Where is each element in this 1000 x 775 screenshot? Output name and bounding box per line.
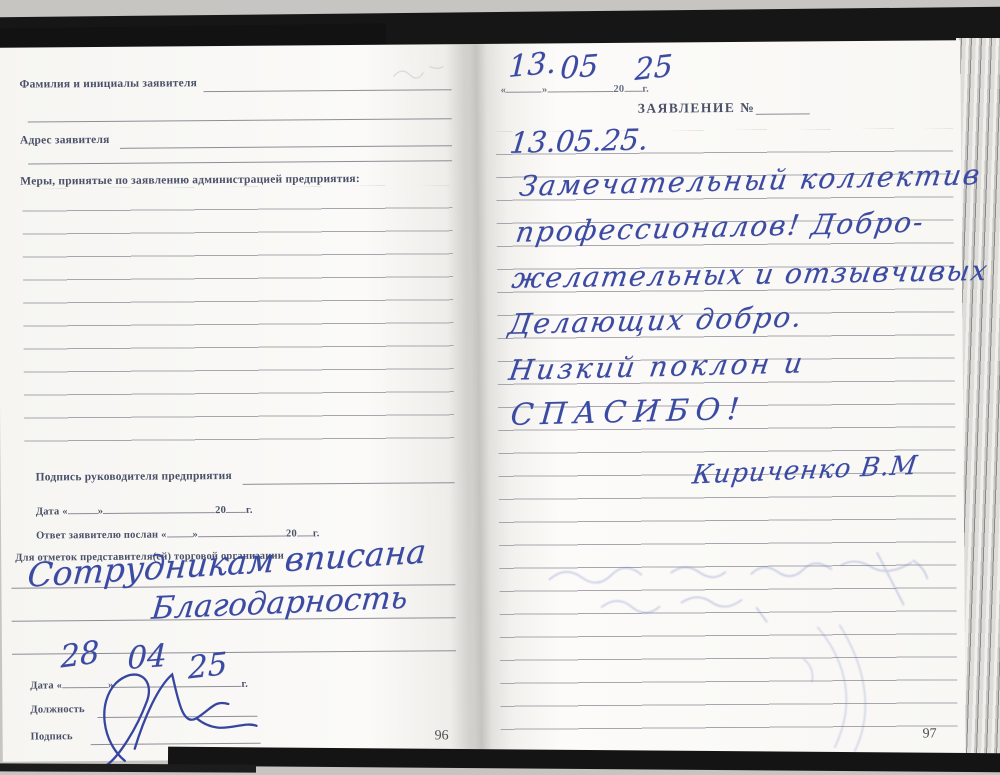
blank-line (198, 526, 286, 538)
year-20: 20 (613, 84, 624, 95)
position-label: Должность (30, 704, 84, 715)
hw-entry-line1: 13.05.25. (508, 122, 650, 160)
year-20: 20 (286, 528, 297, 539)
blank-line (28, 118, 452, 122)
applicant-address-label: Адрес заявителя (20, 134, 110, 147)
blank-line (624, 81, 642, 92)
applicant-name-label: Фамилия и инициалы заявителя (19, 77, 197, 90)
page-number-right: 97 (923, 726, 937, 742)
date-prefix: Дата « (30, 680, 62, 691)
year-suffix: г. (642, 84, 649, 95)
blank-line (756, 113, 810, 114)
blank-line (166, 526, 192, 537)
hw-header-day: 13. (508, 45, 557, 85)
year-20: 20 (215, 505, 226, 516)
blank-line (297, 525, 313, 536)
ink-bleed-through (774, 619, 925, 760)
signature-label: Подпись (31, 731, 73, 742)
date-prefix: Дата « (36, 506, 68, 517)
blank-line (120, 145, 452, 149)
scanned-book-spread: Фамилия и инициалы заявителя Адрес заяви… (0, 0, 1000, 775)
blank-line (243, 482, 455, 485)
blank-line (28, 160, 452, 164)
reply-sent-row: Ответ заявителю послан «»20г. (36, 525, 320, 541)
date-row: Дата «»20г. (36, 502, 253, 518)
statement-title: ЗАЯВЛЕНИЕ № (638, 100, 756, 117)
open-spread-paper: Фамилия и инициалы заявителя Адрес заяви… (0, 40, 966, 762)
head-signature-label: Подпись руководителя предприятия (36, 470, 232, 484)
printed-date-row: «»20г. (500, 81, 649, 96)
blank-line (226, 502, 246, 513)
blank-line (547, 81, 613, 93)
blank-line (103, 502, 215, 514)
page-number-left: 96 (435, 728, 449, 744)
hw-entry-line7: СПАСИБО! (509, 392, 747, 433)
pencil-smudge (389, 58, 449, 84)
ruled-lines-measures (22, 185, 454, 442)
blank-line (204, 89, 452, 92)
book-cover-bottom-edge-thin (0, 763, 256, 772)
blank-line (68, 503, 98, 514)
reply-prefix: Ответ заявителю послан « (36, 529, 167, 541)
blank-line (506, 82, 542, 93)
year-suffix: г. (246, 505, 253, 516)
